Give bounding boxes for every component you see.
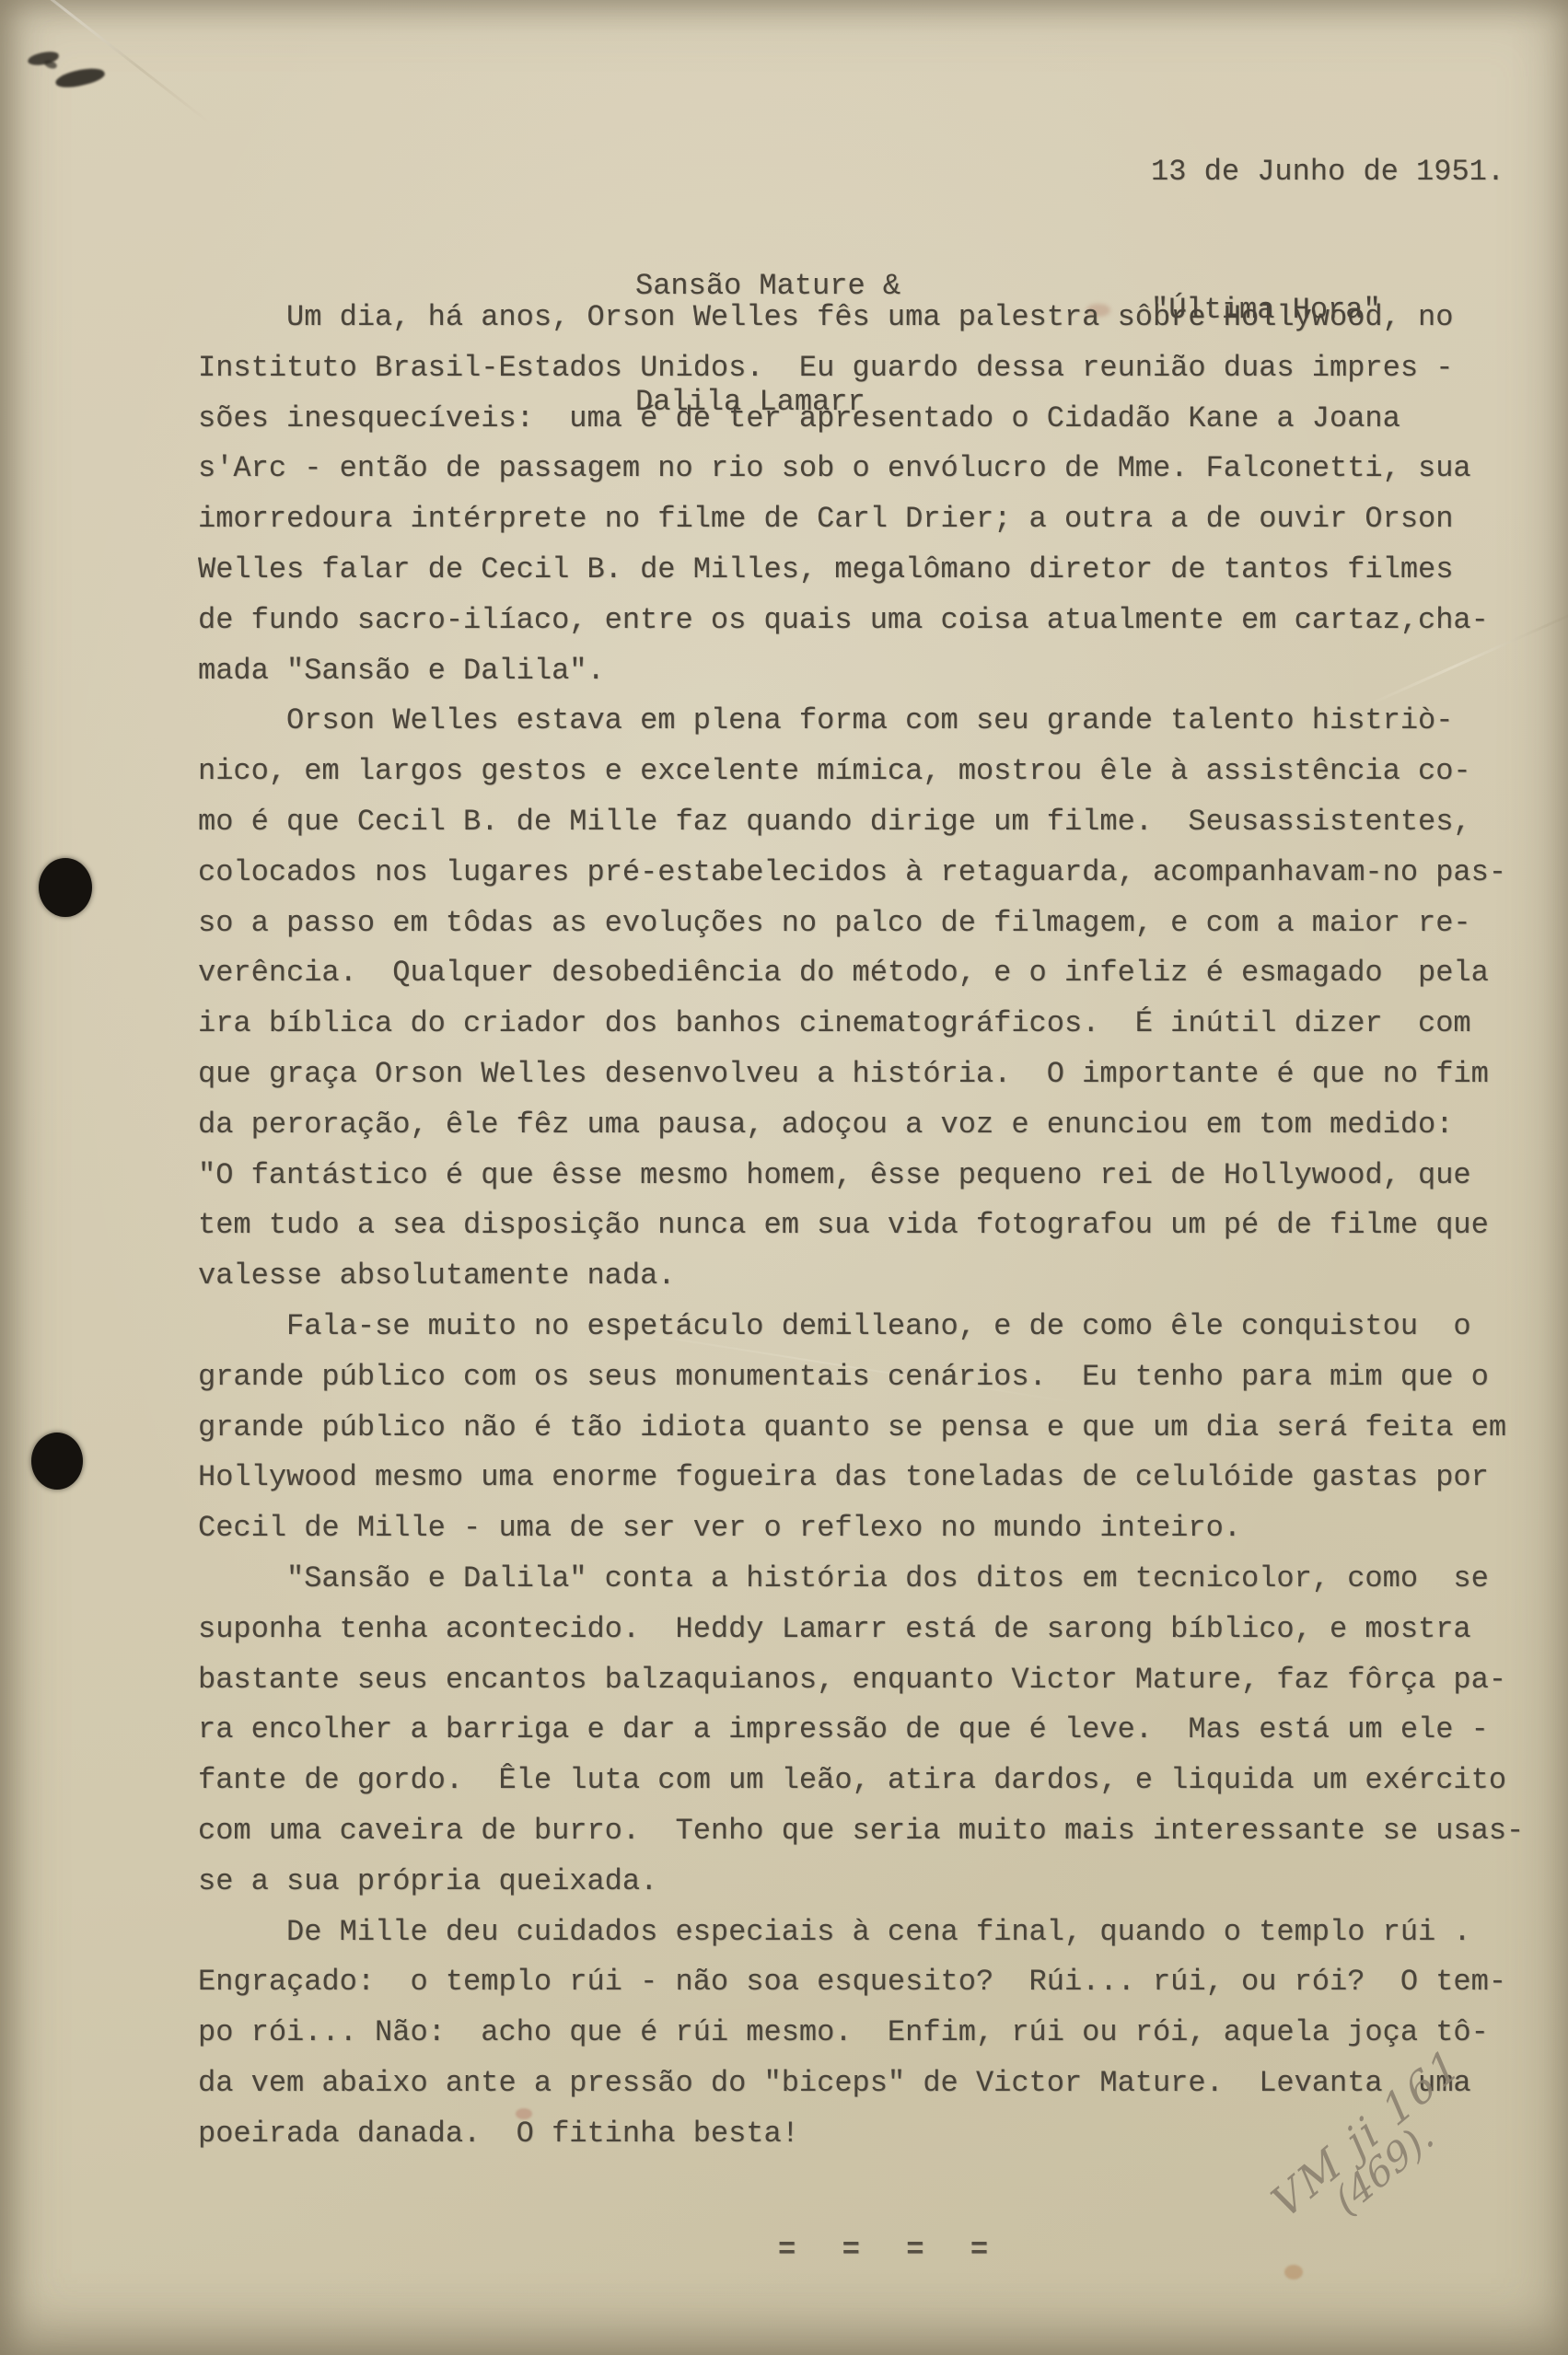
scanned-typewritten-page: 13 de Junho de 1951. "Última Hora" Sansã… bbox=[0, 0, 1568, 2355]
text-line: ra encolher a barriga e dar a impressão … bbox=[198, 1705, 1524, 1756]
text-line: se a sua própria queixada. bbox=[198, 1857, 1524, 1908]
text-line: da peroração, êle fêz uma pausa, adoçou … bbox=[198, 1100, 1524, 1151]
paragraph-4: "Sansão e Dalila" conta a história dos d… bbox=[198, 1554, 1524, 1908]
end-separator: = = = = bbox=[778, 2233, 992, 2267]
text-line: ira bíblica do criador dos banhos cinema… bbox=[198, 999, 1524, 1050]
hole-punch-icon bbox=[39, 858, 92, 917]
paragraph-5: De Mille deu cuidados especiais à cena f… bbox=[198, 1908, 1524, 2160]
text-line: Cecil de Mille - uma de ser ver o reflex… bbox=[198, 1503, 1524, 1554]
text-line: nico, em largos gestos e excelente mímic… bbox=[198, 747, 1524, 797]
text-line: mo é que Cecil B. de Mille faz quando di… bbox=[198, 797, 1524, 848]
text-line: "Sansão e Dalila" conta a história dos d… bbox=[198, 1554, 1524, 1605]
text-line: tem tudo a sea disposição nunca em sua v… bbox=[198, 1201, 1524, 1251]
text-line: colocados nos lugares pré-estabelecidos … bbox=[198, 848, 1524, 899]
ink-smudge bbox=[54, 64, 107, 92]
text-line: Hollywood mesmo uma enorme fogueira das … bbox=[198, 1453, 1524, 1503]
hole-punch-icon bbox=[31, 1433, 83, 1490]
text-line: Instituto Brasil-Estados Unidos. Eu guar… bbox=[198, 343, 1524, 394]
text-line: grande público com os seus monumentais c… bbox=[198, 1352, 1524, 1403]
text-line: mada "Sansão e Dalila". bbox=[198, 646, 1524, 697]
document-body: Um dia, há anos, Orson Welles fês uma pa… bbox=[198, 293, 1524, 2159]
text-line: da vem abaixo ante a pressão do "biceps"… bbox=[198, 2059, 1524, 2109]
text-line: Welles falar de Cecil B. de Milles, mega… bbox=[198, 545, 1524, 596]
paper-stain bbox=[1284, 2265, 1303, 2280]
text-line: Orson Welles estava em plena forma com s… bbox=[198, 696, 1524, 747]
text-line: "O fantástico é que êsse mesmo homem, ês… bbox=[198, 1151, 1524, 1201]
paragraph-3: Fala-se muito no espetáculo demilleano, … bbox=[198, 1302, 1524, 1554]
text-line: so a passo em tôdas as evoluções no palc… bbox=[198, 899, 1524, 949]
text-line: imorredoura intérprete no filme de Carl … bbox=[198, 494, 1524, 545]
text-line: de fundo sacro-ilíaco, entre os quais um… bbox=[198, 596, 1524, 646]
text-line: Engraçado: o templo rúi - não soa esques… bbox=[198, 1957, 1524, 2008]
date-line: 13 de Junho de 1951. bbox=[1151, 149, 1504, 195]
text-line: valesse absolutamente nada. bbox=[198, 1251, 1524, 1302]
text-line: Um dia, há anos, Orson Welles fês uma pa… bbox=[198, 293, 1524, 343]
text-line: bastante seus encantos balzaquianos, enq… bbox=[198, 1655, 1524, 1706]
text-line: s'Arc - então de passagem no rio sob o e… bbox=[198, 444, 1524, 494]
text-line: De Mille deu cuidados especiais à cena f… bbox=[198, 1908, 1524, 1958]
text-line: com uma caveira de burro. Tenho que seri… bbox=[198, 1806, 1524, 1857]
paragraph-2: Orson Welles estava em plena forma com s… bbox=[198, 696, 1524, 1302]
text-line: Fala-se muito no espetáculo demilleano, … bbox=[198, 1302, 1524, 1352]
text-line: po rói... Não: acho que é rúi mesmo. Enf… bbox=[198, 2008, 1524, 2059]
ink-smudge bbox=[43, 59, 58, 70]
text-line: suponha tenha acontecido. Heddy Lamarr e… bbox=[198, 1605, 1524, 1655]
text-line: sões inesquecíveis: uma é de ter apresen… bbox=[198, 394, 1524, 445]
text-line: verência. Qualquer desobediência do méto… bbox=[198, 948, 1524, 999]
paragraph-1: Um dia, há anos, Orson Welles fês uma pa… bbox=[198, 293, 1524, 696]
text-line: grande público não é tão idiota quanto s… bbox=[198, 1403, 1524, 1454]
text-line: fante de gordo. Êle luta com um leão, at… bbox=[198, 1756, 1524, 1806]
text-line: que graça Orson Welles desenvolveu a his… bbox=[198, 1050, 1524, 1100]
